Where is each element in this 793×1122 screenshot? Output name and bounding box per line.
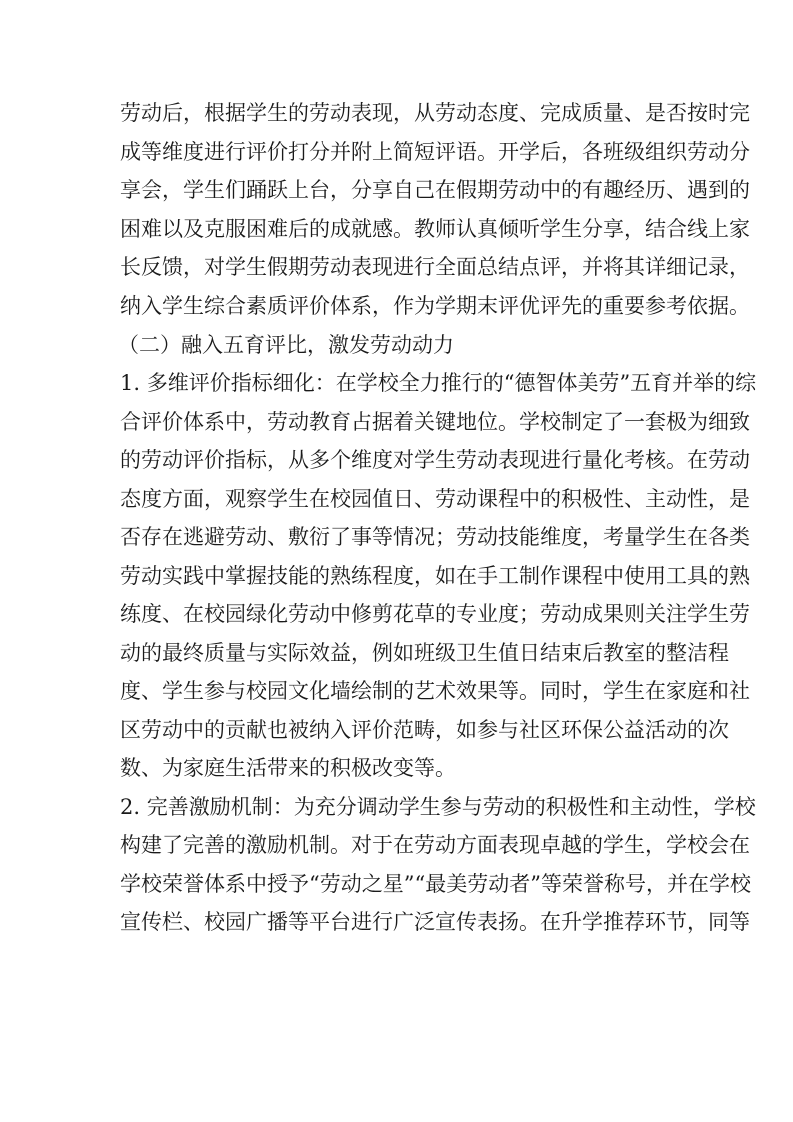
text-line: 劳动后，根据学生的劳动表现，从劳动态度、完成质量、是否按时完	[120, 99, 676, 127]
text-line: 动的最终质量与实际效益，例如班级卫生值日结束后教室的整洁程	[120, 639, 676, 667]
text-line: 度、学生参与校园文化墙绘制的艺术效果等。同时，学生在家庭和社	[120, 677, 676, 705]
text-line: 困难以及克服困难后的成就感。教师认真倾听学生分享，结合线上家	[120, 215, 676, 243]
text-line: 1. 多维评价指标细化：在学校全力推行的“德智体美劳”五育并举的综	[120, 369, 676, 397]
text-line: 成等维度进行评价打分并附上简短评语。开学后，各班级组织劳动分	[120, 138, 676, 166]
section-heading: （二）融入五育评比，激发劳动动力	[118, 331, 674, 359]
text-line: 宣传栏、校园广播等平台进行广泛宣传表扬。在升学推荐环节，同等	[120, 908, 676, 936]
text-line: 态度方面，观察学生在校园值日、劳动课程中的积极性、主动性，是	[120, 485, 676, 513]
text-line: 否存在逃避劳动、敷衍了事等情况；劳动技能维度，考量学生在各类	[120, 523, 676, 551]
document-page: 劳动后，根据学生的劳动表现，从劳动态度、完成质量、是否按时完 成等维度进行评价打…	[0, 0, 793, 1122]
text-line: 练度、在校园绿化劳动中修剪花草的专业度；劳动成果则关注学生劳	[120, 600, 676, 628]
text-line: 2. 完善激励机制：为充分调动学生参与劳动的积极性和主动性，学校	[120, 793, 676, 821]
text-line: 的劳动评价指标，从多个维度对学生劳动表现进行量化考核。在劳动	[120, 446, 676, 474]
text-line: 合评价体系中，劳动教育占据着关键地位。学校制定了一套极为细致	[120, 408, 676, 436]
text-line: 享会，学生们踊跃上台，分享自己在假期劳动中的有趣经历、遇到的	[120, 176, 676, 204]
text-line: 长反馈，对学生假期劳动表现进行全面总结点评，并将其详细记录，	[120, 253, 676, 281]
text-line: 纳入学生综合素质评价体系，作为学期末评优评先的重要参考依据。	[120, 292, 676, 320]
text-line: 数、为家庭生活带来的积极改变等。	[120, 754, 676, 782]
text-line: 构建了完善的激励机制。对于在劳动方面表现卓越的学生，学校会在	[120, 831, 676, 859]
text-line: 区劳动中的贡献也被纳入评价范畴，如参与社区环保公益活动的次	[120, 716, 676, 744]
text-line: 劳动实践中掌握技能的熟练程度，如在手工制作课程中使用工具的熟	[120, 562, 676, 590]
text-line: 学校荣誉体系中授予“劳动之星”“最美劳动者”等荣誉称号，并在学校	[120, 870, 676, 898]
